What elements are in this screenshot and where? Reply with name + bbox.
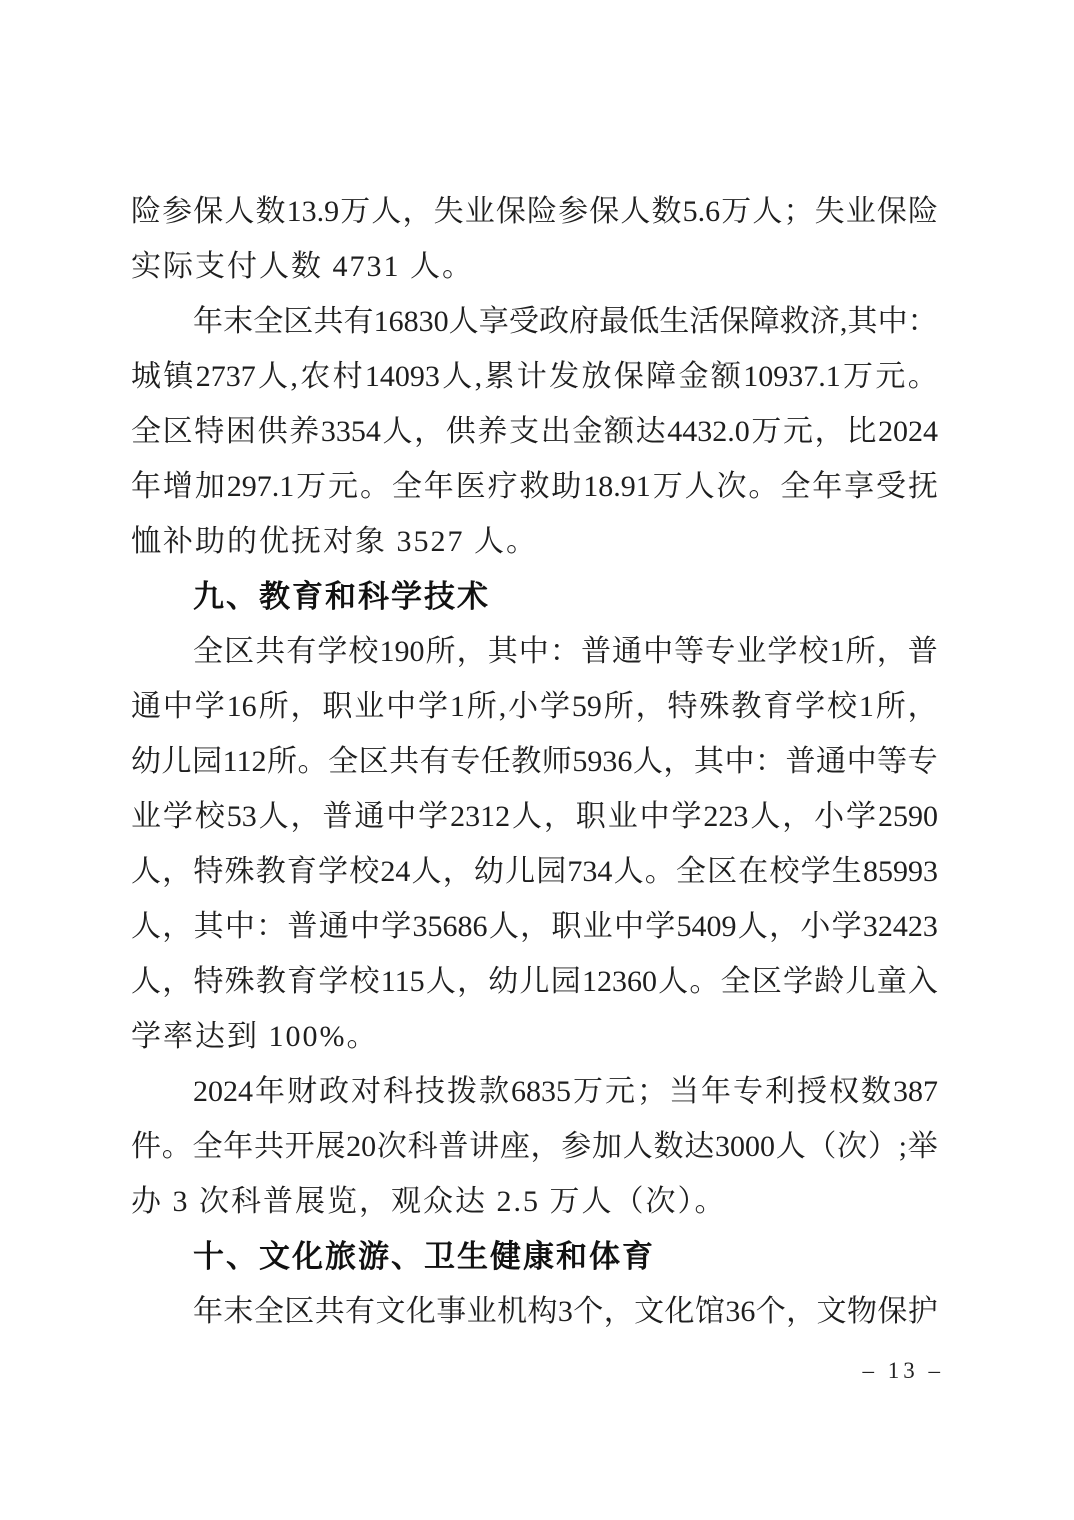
paragraph-line: 件。全年共开展20次科普讲座，参加人数达3000人（次）;举 [131,1119,938,1174]
paragraph-line: 通中学16所，职业中学1所,小学59所，特殊教育学校1所， [131,679,938,734]
page-number: – 13 – [863,1358,945,1384]
paragraph-line: 学率达到 100%。 [131,1009,938,1064]
paragraph-line: 业学校53人，普通中学2312人，职业中学223人，小学2590 [131,789,938,844]
document-body: 险参保人数13.9万人，失业保险参保人数5.6万人；失业保险 实际支付人数 47… [131,184,938,1339]
section-heading-9: 九、教育和科学技术 [131,569,938,624]
paragraph-line: 实际支付人数 4731 人。 [131,239,938,294]
paragraph-line: 人，特殊教育学校115人，幼儿园12360人。全区学龄儿童入 [131,954,938,1009]
paragraph-line: 年增加297.1万元。全年医疗救助18.91万人次。全年享受抚 [131,459,938,514]
section-heading-10: 十、文化旅游、卫生健康和体育 [131,1229,938,1284]
paragraph-line: 险参保人数13.9万人，失业保险参保人数5.6万人；失业保险 [131,184,938,239]
paragraph-line: 人，其中：普通中学35686人，职业中学5409人，小学32423 [131,899,938,954]
paragraph-line: 全区特困供养3354人，供养支出金额达4432.0万元，比2024 [131,404,938,459]
paragraph-line: 人，特殊教育学校24人，幼儿园734人。全区在校学生85993 [131,844,938,899]
document-page: 险参保人数13.9万人，失业保险参保人数5.6万人；失业保险 实际支付人数 47… [0,0,1074,1520]
paragraph-line: 办 3 次科普展览，观众达 2.5 万人（次）。 [131,1174,938,1229]
paragraph-line: 年末全区共有16830人享受政府最低生活保障救济,其中： [131,294,938,349]
paragraph-line: 恤补助的优抚对象 3527 人。 [131,514,938,569]
paragraph-line: 城镇2737人,农村14093人,累计发放保障金额10937.1万元。 [131,349,938,404]
paragraph-line: 全区共有学校190所，其中：普通中等专业学校1所，普 [131,624,938,679]
paragraph-line: 2024年财政对科技拨款6835万元；当年专利授权数387 [131,1064,938,1119]
paragraph-line: 年末全区共有文化事业机构3个，文化馆36个，文物保护 [131,1284,938,1339]
paragraph-line: 幼儿园112所。全区共有专任教师5936人，其中：普通中等专 [131,734,938,789]
